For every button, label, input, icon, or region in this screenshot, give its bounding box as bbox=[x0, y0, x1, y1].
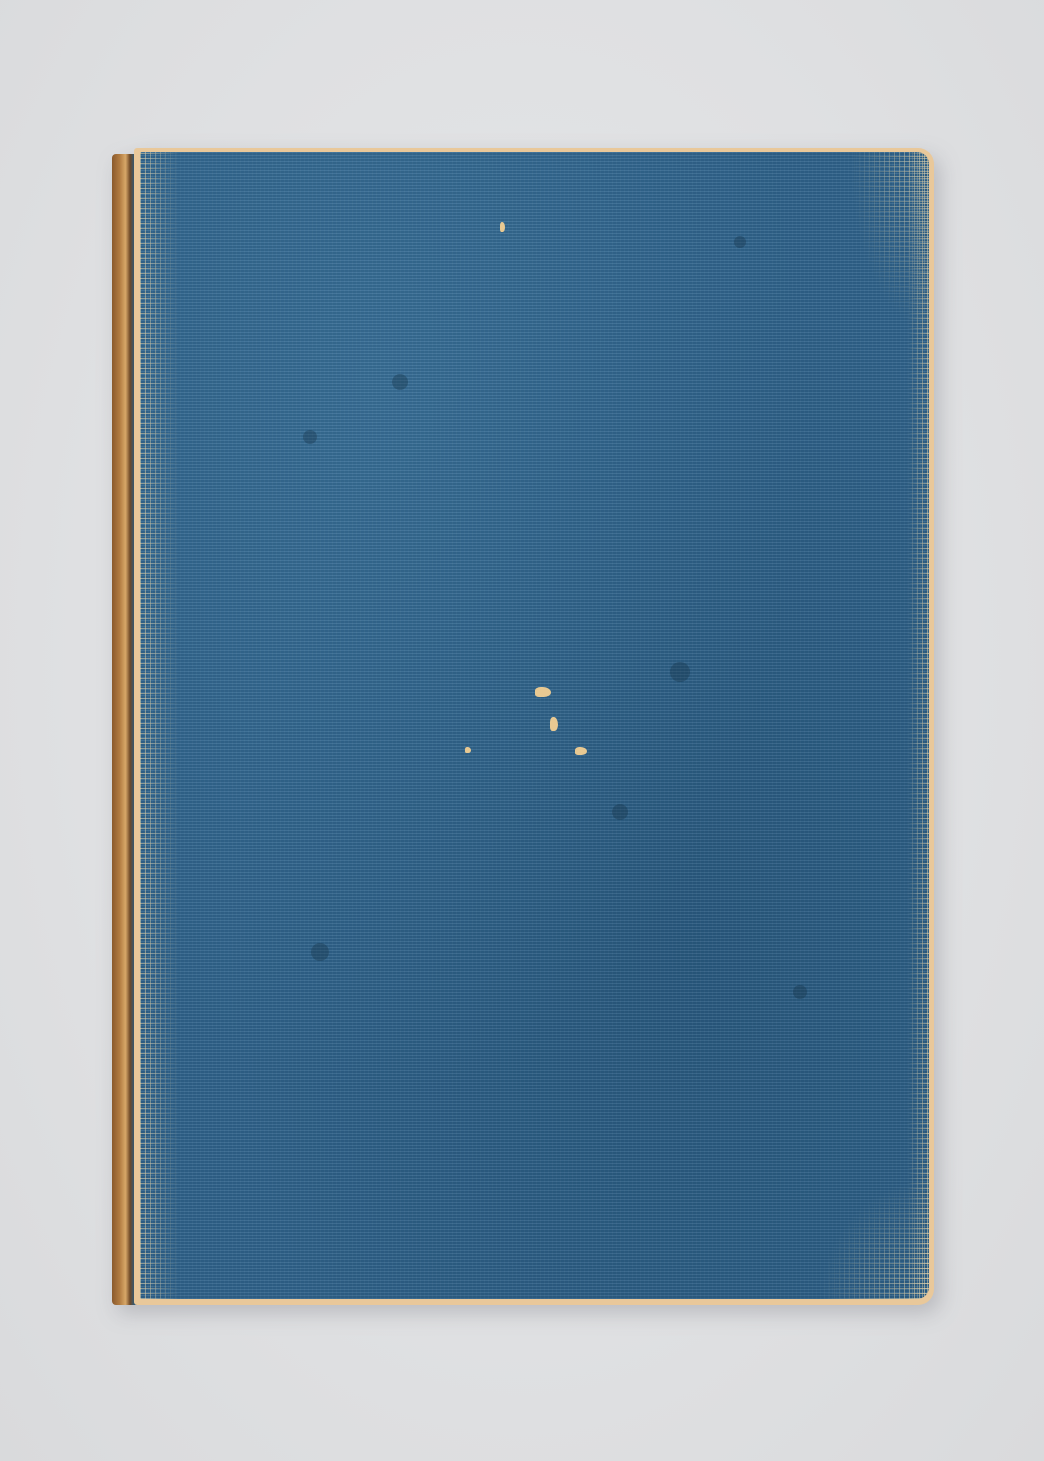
cloth-surface bbox=[140, 152, 929, 1299]
wear-top-right-corner bbox=[849, 152, 929, 332]
stain-spot bbox=[670, 662, 690, 682]
stain-spot bbox=[612, 804, 628, 820]
stain-spot bbox=[311, 943, 329, 961]
wear-bottom-right-corner bbox=[819, 1179, 929, 1299]
stain-spot bbox=[793, 985, 807, 999]
worn-fleck bbox=[500, 222, 505, 232]
wear-left-edge bbox=[140, 152, 180, 1299]
stain-spot bbox=[303, 430, 317, 444]
worn-fleck bbox=[575, 747, 587, 755]
worn-fleck bbox=[465, 747, 471, 753]
stain-spot bbox=[392, 374, 408, 390]
book bbox=[112, 148, 934, 1305]
worn-fleck bbox=[550, 717, 558, 731]
worn-fleck bbox=[535, 687, 551, 697]
book-cover bbox=[134, 148, 934, 1305]
stain-spot bbox=[734, 236, 746, 248]
